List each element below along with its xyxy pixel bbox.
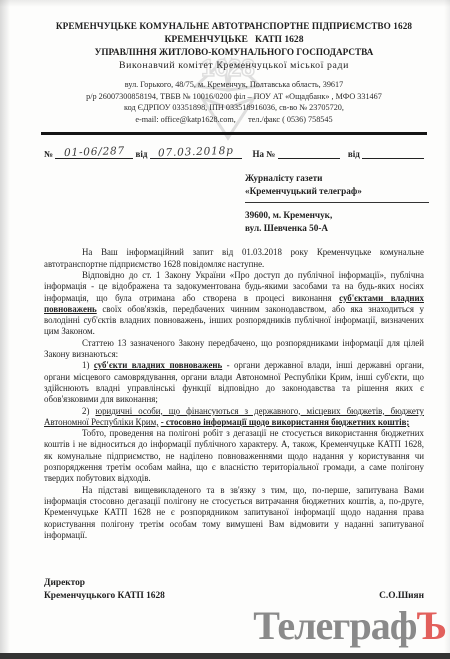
signer-title: Директор Кременчуцького КАТП 1628: [44, 577, 165, 602]
department-name: УПРАВЛІННЯ ЖИТЛОВО-КОМУНАЛЬНОГО ГОСПОДАР…: [44, 46, 424, 59]
recipient-postcode-city: 39600, м. Кременчук,: [245, 209, 424, 222]
body-paragraph: 1) суб'єкти владних повноважень - органи…: [44, 360, 424, 405]
outgoing-date-line: 07.03.2018р: [150, 146, 242, 159]
body-paragraph: На підставі вищевикладеного та в зв'язку…: [44, 485, 424, 541]
outgoing-reference: № 01-06/287 від 07.03.2018р: [44, 146, 242, 159]
letterhead: КРЕМЕНЧУЦЬКЕ КОМУНАЛЬНЕ АВТОТРАНСПОРТНЕ …: [44, 20, 424, 72]
body-paragraph: 2) юридичні особи, що фінансуються з дер…: [44, 406, 424, 429]
recipient-divider: [245, 202, 429, 203]
telegraf-newspaper-logo: ТелеграфЪ: [253, 606, 446, 646]
bottom-scan-bar: [0, 653, 450, 659]
letterhead-divider: [41, 132, 427, 135]
recipient-block: Журналісту газети «Кременчуцький телегра…: [245, 172, 424, 234]
recipient-organization: «Кременчуцький телеграф»: [245, 185, 424, 198]
bank-details: р/р 26007300858194, ТВБВ № 10016/0200 фі…: [44, 91, 424, 103]
reply-number-blank: [278, 158, 340, 159]
logo-gray-part: Телеграф: [253, 603, 416, 648]
body-paragraph: На Ваш інформаційний запит від 01.03.201…: [44, 247, 424, 270]
outgoing-date-handwritten: 07.03.2018р: [158, 145, 234, 160]
signer-title-line2: Кременчуцького КАТП 1628: [44, 590, 165, 603]
company-short-name: КРЕМЕНЧУЦЬКЕ КАТП 1628: [44, 33, 424, 46]
recipient-role: Журналісту газети: [245, 172, 424, 185]
letter-content: КРЕМЕНЧУЦЬКЕ КОМУНАЛЬНЕ АВТОТРАНСПОРТНЕ …: [0, 0, 450, 602]
postal-address: вул. Горького, 48/75, м. Кременчук, Полт…: [44, 79, 424, 91]
letter-body: На Ваш інформаційний запит від 01.03.201…: [44, 247, 424, 541]
date-label: від: [136, 149, 148, 159]
recipient-street: вул. Шевченка 50-А: [245, 222, 424, 235]
email-phone-line: e-mail: office@katp1628.com, тел./факс (…: [44, 114, 424, 126]
number-label: №: [44, 149, 53, 159]
reference-row: № 01-06/287 від 07.03.2018р На № від: [44, 146, 424, 159]
executive-committee-line: Виконавчий комітет Кременчуцької міської…: [44, 59, 424, 72]
scanned-letter-page: 1628 КРЕМЕНЧУЦЬКЕ КОМУНАЛЬНЕ АВТОТРАНСПО…: [0, 0, 450, 659]
company-name: КРЕМЕНЧУЦЬКЕ КОМУНАЛЬНЕ АВТОТРАНСПОРТНЕ …: [44, 20, 424, 33]
body-paragraph: Відповідно до ст. 1 Закону України «Про …: [44, 270, 424, 338]
logo-red-part: Ъ: [416, 603, 446, 648]
contacts-block: вул. Горького, 48/75, м. Кременчук, Полт…: [44, 79, 424, 125]
signer-name: С.О.Шиян: [379, 590, 424, 603]
outgoing-number-line: 01-06/287: [55, 146, 133, 159]
reply-date-blank: [362, 158, 424, 159]
reply-date-label: від: [348, 149, 360, 159]
body-paragraph: Тобто, проведення на полігоні робіт з де…: [44, 428, 424, 484]
reply-number-label: На №: [253, 149, 276, 159]
body-paragraph: Статтею 13 зазначеного Закону передбачен…: [44, 338, 424, 361]
signature-block: Директор Кременчуцького КАТП 1628 С.О.Ши…: [44, 577, 424, 602]
registration-codes: код ЄДРПОУ 03351898, ІПН 033518916036, с…: [44, 102, 424, 114]
outgoing-number-handwritten: 01-06/287: [64, 145, 125, 159]
signer-title-line1: Директор: [44, 577, 165, 590]
incoming-reference: На № від: [253, 149, 424, 159]
